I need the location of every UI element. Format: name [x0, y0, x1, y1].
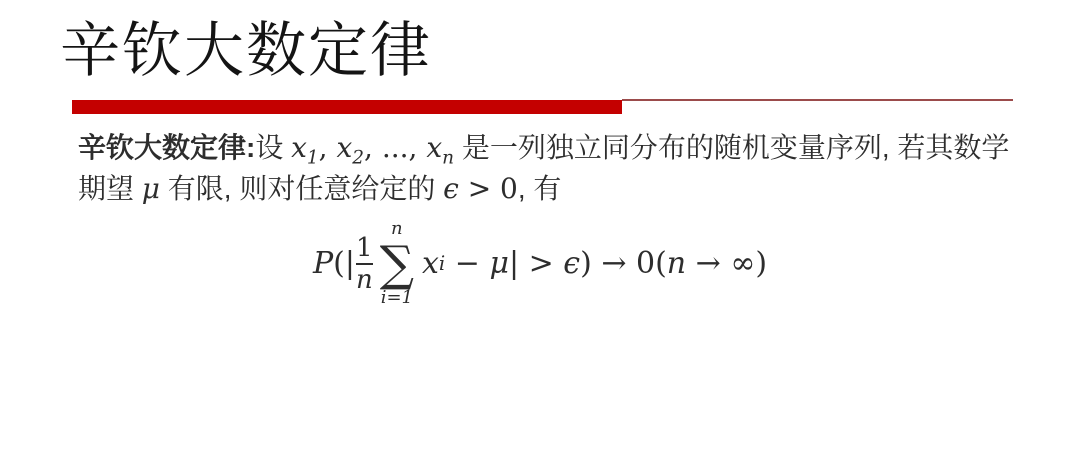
- sigma-icon: ∑: [380, 240, 414, 288]
- formula-paren-arrow-zero: ) → 0(: [580, 246, 667, 281]
- formula-open-abs: (|: [333, 246, 355, 281]
- accent-bar: [72, 100, 622, 114]
- formula-x-base: x: [422, 246, 439, 281]
- fraction-numerator: 1: [356, 234, 373, 262]
- formula-abs-gt: | >: [509, 246, 563, 281]
- summation: n ∑ i=1: [380, 219, 414, 308]
- slide: 辛钦大数定律 辛钦大数定律:设 x1, x2, ..., xn 是一列独立同分布…: [0, 0, 1080, 457]
- formula-minus: −: [445, 246, 489, 281]
- theorem-line-2: 期望 μ 有限, 则对任意给定的 ϵ > 0, 有: [78, 168, 1028, 209]
- formula: P (| 1 n n ∑ i=1 xi − μ | > ϵ ) → 0( n →…: [0, 219, 1080, 308]
- formula-arrow-infinity: → ∞): [686, 246, 767, 281]
- fraction-one-over-n: 1 n: [356, 234, 373, 294]
- formula-mu: μ: [489, 246, 509, 281]
- fraction-denominator: n: [356, 266, 373, 294]
- theorem-line-1: 辛钦大数定律:设 x1, x2, ..., xn 是一列独立同分布的随机变量序列…: [78, 127, 1028, 168]
- theorem-statement: 辛钦大数定律:设 x1, x2, ..., xn 是一列独立同分布的随机变量序列…: [78, 127, 1028, 209]
- formula-P: P: [313, 246, 333, 281]
- summation-lower-limit: i=1: [381, 288, 413, 309]
- slide-title: 辛钦大数定律: [60, 18, 432, 84]
- formula-n: n: [667, 246, 686, 281]
- accent-line: [622, 99, 1013, 101]
- formula-epsilon: ϵ: [563, 246, 580, 281]
